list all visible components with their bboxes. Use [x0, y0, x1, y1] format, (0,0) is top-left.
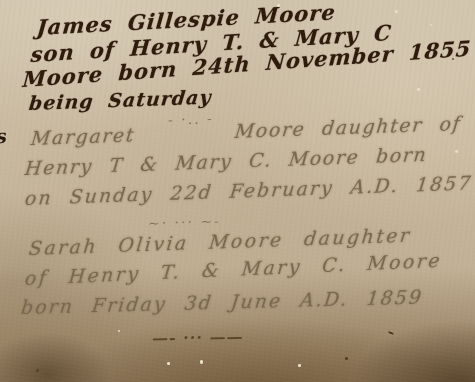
- paper-speck: [167, 362, 170, 365]
- dark-blemish: [388, 331, 394, 335]
- paper-speck: [430, 24, 432, 26]
- separator-flourish-2: ~· ··· ~-: [148, 214, 221, 233]
- handwriting-line-entry2-birthdate: on Sunday 22d February A.D. 1857: [24, 174, 473, 209]
- paper-speck: [298, 364, 301, 367]
- left-edge-ink-mark: s: [0, 126, 8, 149]
- paper-speck: [417, 88, 420, 91]
- separator-flourish-3: —- ··· ——: [152, 327, 244, 348]
- paper-speck: [395, 10, 398, 13]
- paper-speck: [118, 330, 120, 332]
- handwriting-line-entry3-birthdate: born Friday 3d June A.D. 1859: [20, 288, 424, 318]
- handwritten-record-photo: James Gillespie Moore son of Henry T. & …: [0, 0, 475, 382]
- dark-blemish: [36, 369, 39, 372]
- handwriting-line-entry2-parents: Henry T & Mary C. Moore born: [24, 146, 428, 179]
- dark-blemish: [345, 357, 348, 360]
- handwriting-line-entry2-name: Margaret Moore daughter of: [30, 115, 462, 149]
- handwriting-line-entry1-weekday: being Saturday: [28, 89, 212, 114]
- paper-speck: [455, 150, 458, 153]
- paper-speck: [200, 360, 203, 364]
